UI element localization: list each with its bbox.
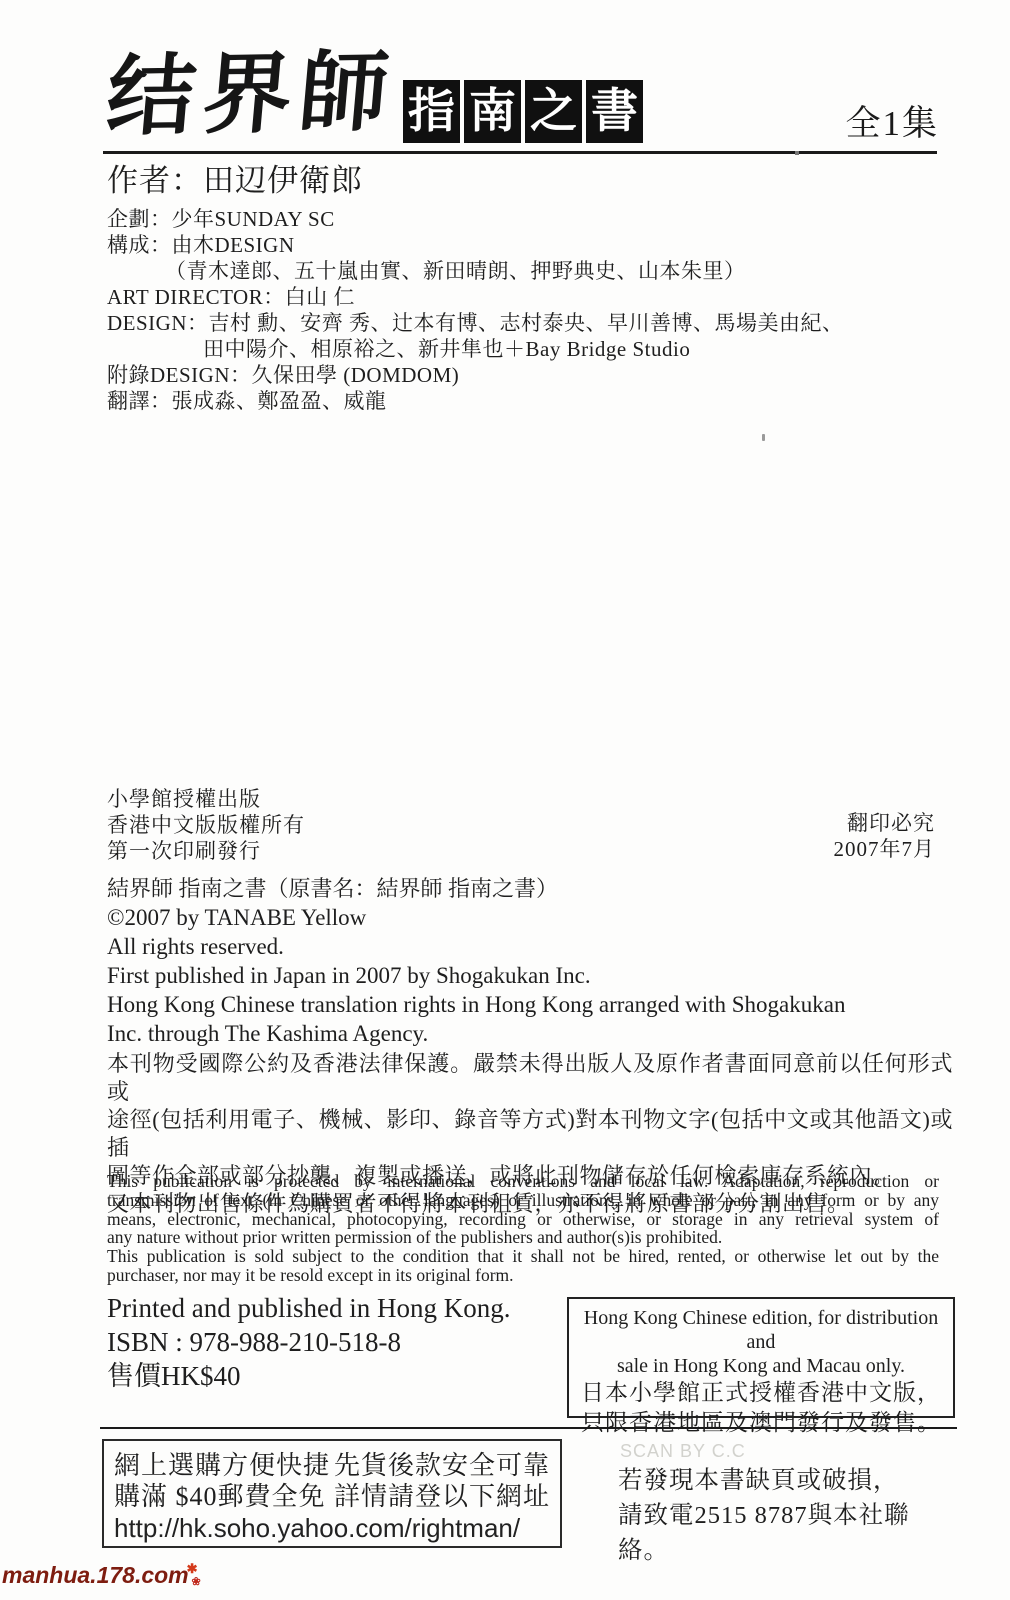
online-shop-promo-box: 網上選購方便快捷 先貨後款安全可靠 購滿 $40郵費全免 詳情請登以下網址 ht… <box>102 1439 562 1548</box>
printed-in-line: Printed and published in Hong Kong. <box>107 1291 547 1325</box>
series-title-calligraphy: 结界師 <box>103 41 400 146</box>
site-watermark-text: manhua.178.com <box>2 1562 189 1588</box>
publication-block: 小學館授權出版 香港中文版版權所有 第一次印刷發行 翻印必究 2007年7月 <box>107 786 935 864</box>
edition-cn-line1: 日本小學館正式授權香港中文版， <box>575 1378 947 1408</box>
price-line: 售價HK$40 <box>107 1359 547 1393</box>
colophon-page: 结界師 指 南 之 書 全1集 作者：田辺伊衛郎 企劃：少年SUNDAY SC … <box>0 0 1010 1600</box>
promo-line2-left: 購滿 $40郵費全免 <box>114 1481 326 1512</box>
contact-block: 若發現本書缺頁或破損， 請致電2515 8787與本社聯絡。 <box>618 1463 958 1568</box>
promo-line1-right: 先貨後款安全可靠 <box>334 1450 550 1481</box>
scanner-watermark: SCAN BY C.C <box>620 1441 746 1462</box>
legal-cn-line: 途徑(包括利用電子、機械、影印、錄音等方式)對本刊物文字(包括中文或其他語文)或… <box>107 1106 953 1162</box>
no-reproduction-label: 翻印必究 <box>834 810 936 836</box>
subtitle-char: 指 <box>403 80 460 143</box>
credit-line-planning: 企劃：少年SUNDAY SC <box>107 206 947 232</box>
scan-speck <box>795 151 799 155</box>
edition-notice-box: Hong Kong Chinese edition, for distribut… <box>567 1297 955 1418</box>
scan-speck <box>762 434 765 441</box>
promo-line2-right: 詳情請登以下網址 <box>334 1481 550 1512</box>
damaged-copy-line2: 請致電2515 8787與本社聯絡。 <box>618 1498 958 1568</box>
credit-line-translation: 翻譯：張成淼、鄭盈盈、威龍 <box>107 388 947 414</box>
promo-row-1: 網上選購方便快捷 先貨後款安全可靠 <box>114 1450 550 1481</box>
credit-line-art-director: ART DIRECTOR：白山 仁 <box>107 284 947 310</box>
first-printing-line: 第一次印刷發行 <box>107 838 935 864</box>
damaged-copy-line1: 若發現本書缺頁或破損， <box>618 1463 958 1498</box>
print-info-block: Printed and published in Hong Kong. ISBN… <box>107 1291 547 1393</box>
legal-en-line: means, electronic, mechanical, photocopy… <box>107 1210 939 1229</box>
credit-line-composition-members: （青木達郎、五十嵐由實、新田晴朗、押野典史、山本朱里） <box>107 258 947 284</box>
legal-en-line: any nature without prior written permiss… <box>107 1228 939 1247</box>
translation-rights-line1: Hong Kong Chinese translation rights in … <box>107 990 947 1019</box>
header: 结界師 指 南 之 書 全1集 <box>103 46 939 150</box>
first-published-line: First published in Japan in 2007 by Shog… <box>107 961 947 990</box>
legal-en-line: This publication is protected by interna… <box>107 1172 939 1191</box>
edition-cn-line2: 只限香港地區及澳門發行及發售。 <box>575 1408 947 1438</box>
promo-url: http://hk.soho.yahoo.com/rightman/ <box>114 1512 550 1545</box>
author-line: 作者：田辺伊衛郎 <box>107 161 947 201</box>
subtitle-char: 南 <box>464 80 521 143</box>
legal-en-line: This publication is sold subject to the … <box>107 1247 939 1266</box>
promo-line1-left: 網上選購方便快捷 <box>114 1450 330 1481</box>
footer-divider <box>100 1427 957 1429</box>
isbn-line: ISBN : 978-988-210-518-8 <box>107 1325 547 1359</box>
edition-en-line2: sale in Hong Kong and Macau only. <box>575 1354 947 1378</box>
flower-icon: ❀ <box>192 1576 201 1588</box>
print-date: 2007年7月 <box>834 836 936 862</box>
book-title-line: 結界師 指南之書（原書名：結界師 指南之書） <box>107 874 947 903</box>
credit-line-design-continued: 田中陽介、相原裕之、新井隼也＋Bay Bridge Studio <box>107 336 947 362</box>
copyright-block: 結界師 指南之書（原書名：結界師 指南之書） ©2007 by TANABE Y… <box>107 874 947 1048</box>
subtitle-boxed-characters: 指 南 之 書 <box>403 80 643 143</box>
subtitle-char: 之 <box>525 80 582 143</box>
credit-line-appendix-design: 附錄DESIGN：久保田學 (DOMDOM) <box>107 362 947 388</box>
site-watermark: manhua.178.com✱❀ <box>2 1562 209 1589</box>
publisher-authorization-line: 小學館授權出版 <box>107 786 935 812</box>
volume-label: 全1集 <box>845 96 939 146</box>
credit-line-design: DESIGN：吉村 勳、安齊 秀、辻本有博、志村泰央、早川善博、馬場美由紀、 <box>107 310 947 336</box>
header-divider <box>103 151 937 154</box>
rights-reserved-en-line: All rights reserved. <box>107 932 947 961</box>
credit-line-composition: 構成：由木DESIGN <box>107 232 947 258</box>
copyright-year-line: ©2007 by TANABE Yellow <box>107 903 947 932</box>
publication-right-column: 翻印必究 2007年7月 <box>834 810 936 862</box>
flower-icon: ✱ <box>187 1561 198 1576</box>
credits-block: 作者：田辺伊衛郎 企劃：少年SUNDAY SC 構成：由木DESIGN （青木達… <box>107 161 947 414</box>
legal-en-line: transmission of text (in Chinese or othe… <box>107 1191 939 1210</box>
subtitle-char: 書 <box>586 80 643 143</box>
legal-text-english: This publication is protected by interna… <box>107 1172 939 1285</box>
promo-row-2: 購滿 $40郵費全免 詳情請登以下網址 <box>114 1481 550 1512</box>
legal-cn-line: 本刊物受國際公約及香港法律保護。嚴禁未得出版人及原作者書面同意前以任何形式或 <box>107 1050 953 1106</box>
edition-en-line1: Hong Kong Chinese edition, for distribut… <box>575 1306 947 1354</box>
translation-rights-line2: Inc. through The Kashima Agency. <box>107 1019 947 1048</box>
rights-reserved-line: 香港中文版版權所有 <box>107 812 935 838</box>
legal-en-line: purchaser, nor may it be resold except i… <box>107 1266 939 1285</box>
